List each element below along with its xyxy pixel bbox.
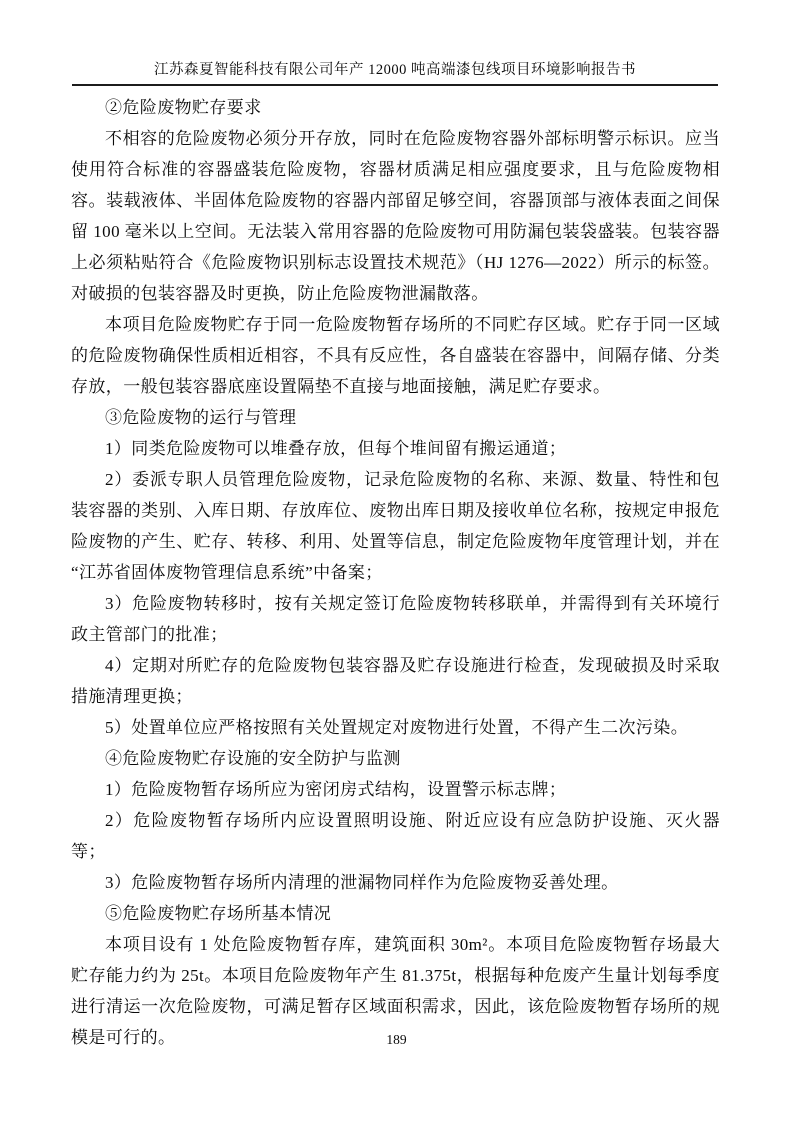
page-number: 189: [386, 1032, 406, 1047]
para-safety-item-1: 1）危险废物暂存场所应为密闭房式结构，设置警示标志牌；: [71, 774, 720, 805]
para-storage-requirements-2: 本项目危险废物贮存于同一危险废物暂存场所的不同贮存区域。贮存于同一区域的危险废物…: [71, 309, 720, 402]
document-body: ②危险废物贮存要求 不相容的危险废物必须分开存放，同时在危险废物容器外部标明警示…: [71, 92, 720, 1053]
para-heading-circled-2: ②危险废物贮存要求: [71, 92, 720, 123]
header-rule: [72, 84, 718, 86]
para-heading-circled-3: ③危险废物的运行与管理: [71, 402, 720, 433]
para-management-item-3: 3）危险废物转移时，按有关规定签订危险废物转移联单，并需得到有关环境行政主管部门…: [71, 588, 720, 650]
para-storage-requirements-1: 不相容的危险废物必须分开存放，同时在危险废物容器外部标明警示标识。应当使用符合标…: [71, 123, 720, 309]
document-page: 江苏森夏智能科技有限公司年产 12000 吨高端漆包线项目环境影响报告书 ②危险…: [0, 0, 793, 1122]
para-management-item-1: 1）同类危险废物可以堆叠存放，但每个堆间留有搬运通道；: [71, 433, 720, 464]
page-header: 江苏森夏智能科技有限公司年产 12000 吨高端漆包线项目环境影响报告书: [72, 58, 718, 86]
para-heading-circled-4: ④危险废物贮存设施的安全防护与监测: [71, 743, 720, 774]
para-management-item-4: 4）定期对所贮存的危险废物包装容器及贮存设施进行检查，发现破损及时采取措施清理更…: [71, 650, 720, 712]
para-management-item-5: 5）处置单位应严格按照有关处置规定对废物进行处置，不得产生二次污染。: [71, 712, 720, 743]
header-title: 江苏森夏智能科技有限公司年产 12000 吨高端漆包线项目环境影响报告书: [72, 58, 718, 84]
para-safety-item-2: 2）危险废物暂存场所内应设置照明设施、附近应设有应急防护设施、灭火器等；: [71, 805, 720, 867]
page-footer: 189: [0, 1031, 793, 1049]
para-safety-item-3: 3）危险废物暂存场所内清理的泄漏物同样作为危险废物妥善处理。: [71, 867, 720, 898]
para-heading-circled-5: ⑤危险废物贮存场所基本情况: [71, 898, 720, 929]
para-management-item-2: 2）委派专职人员管理危险废物，记录危险废物的名称、来源、数量、特性和包装容器的类…: [71, 464, 720, 588]
